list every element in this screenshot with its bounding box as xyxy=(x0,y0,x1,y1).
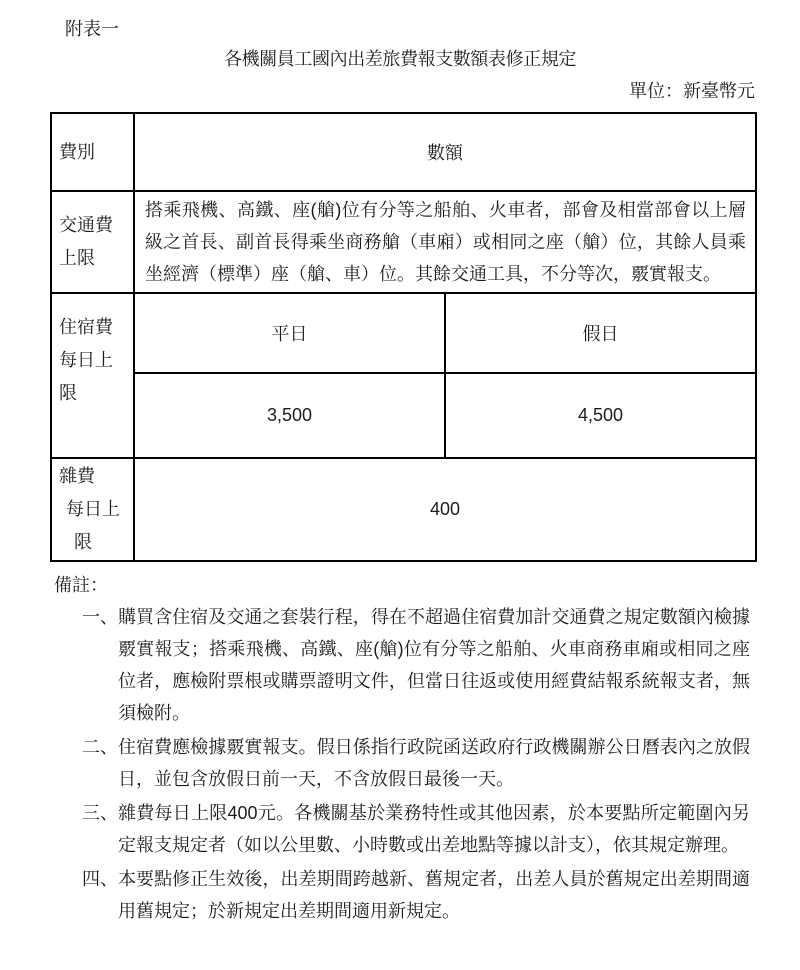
misc-fee-amount: 400 xyxy=(134,458,756,561)
note-item: 三、 雜費每日上限400元。各機關基於業務特性或其他因素，於本要點所定範圍內另定… xyxy=(82,797,754,861)
misc-fee-label-line: 雜費 xyxy=(59,460,131,493)
document-page: 附表一 各機關員工國內出差旅費報支數額表修正規定 單位：新臺幣元 費別 數額 交… xyxy=(0,0,800,970)
holiday-column-header: 假日 xyxy=(445,293,756,373)
lodging-fee-label: 住宿費 每日上 限 xyxy=(51,293,134,458)
transport-fee-description: 搭乘飛機、高鐵、座(艙)位有分等之船舶、火車者，部會及相當部會以上層級之首長、副… xyxy=(134,191,756,293)
note-text: 住宿費應檢據覈實報支。假日係指行政院函送政府行政機關辦公日曆表內之放假日，並包含… xyxy=(118,731,750,795)
note-text: 購買含住宿及交通之套裝行程，得在不超過住宿費加計交通費之規定數額內檢據覈實報支；… xyxy=(118,601,750,729)
note-marker: 一、 xyxy=(82,601,118,729)
note-text: 本要點修正生效後，出差期間跨越新、舊規定者，出差人員於舊規定出差期間適用舊規定；… xyxy=(118,863,750,927)
transport-fee-row: 交通費 上限 搭乘飛機、高鐵、座(艙)位有分等之船舶、火車者，部會及相當部會以上… xyxy=(51,191,756,293)
note-marker: 三、 xyxy=(82,797,118,861)
page-title: 各機關員工國內出差旅費報支數額表修正規定 xyxy=(0,47,800,71)
transport-fee-label-line: 上限 xyxy=(59,242,131,275)
table-header-row: 費別 數額 xyxy=(51,113,756,191)
notes-heading: 備註： xyxy=(54,569,754,601)
notes-section: 備註： 一、 購買含住宿及交通之套裝行程，得在不超過住宿費加計交通費之規定數額內… xyxy=(54,569,754,929)
fee-type-header-cell: 費別 xyxy=(51,113,134,191)
note-marker: 二、 xyxy=(82,731,118,795)
lodging-fee-label-line: 限 xyxy=(59,377,131,410)
weekday-amount: 3,500 xyxy=(134,373,445,458)
note-text: 雜費每日上限400元。各機關基於業務特性或其他因素，於本要點所定範圍內另定報支規… xyxy=(118,797,750,861)
currency-unit-note: 單位：新臺幣元 xyxy=(629,80,755,102)
lodging-fee-label-line: 住宿費 xyxy=(59,311,131,344)
note-item: 二、 住宿費應檢據覈實報支。假日係指行政院函送政府行政機關辦公日曆表內之放假日，… xyxy=(82,731,754,795)
appendix-label: 附表一 xyxy=(65,18,119,40)
misc-fee-label-line: 限 xyxy=(59,526,131,559)
note-marker: 四、 xyxy=(82,863,118,927)
fee-table: 費別 數額 交通費 上限 搭乘飛機、高鐵、座(艙)位有分等之船舶、火車者，部會及… xyxy=(50,112,757,562)
lodging-fee-header-row: 住宿費 每日上 限 平日 假日 xyxy=(51,293,756,373)
misc-fee-label-line: 每日上 xyxy=(59,493,131,526)
lodging-fee-label-line: 每日上 xyxy=(59,344,131,377)
amount-header-cell: 數額 xyxy=(134,113,756,191)
note-item: 一、 購買含住宿及交通之套裝行程，得在不超過住宿費加計交通費之規定數額內檢據覈實… xyxy=(82,601,754,729)
lodging-fee-amount-row: 3,500 4,500 xyxy=(51,373,756,458)
holiday-amount: 4,500 xyxy=(445,373,756,458)
misc-fee-label: 雜費 每日上 限 xyxy=(51,458,134,561)
weekday-column-header: 平日 xyxy=(134,293,445,373)
misc-fee-row: 雜費 每日上 限 400 xyxy=(51,458,756,561)
note-item: 四、 本要點修正生效後，出差期間跨越新、舊規定者，出差人員於舊規定出差期間適用舊… xyxy=(82,863,754,927)
transport-fee-label-line: 交通費 xyxy=(59,209,131,242)
transport-fee-label: 交通費 上限 xyxy=(51,191,134,293)
